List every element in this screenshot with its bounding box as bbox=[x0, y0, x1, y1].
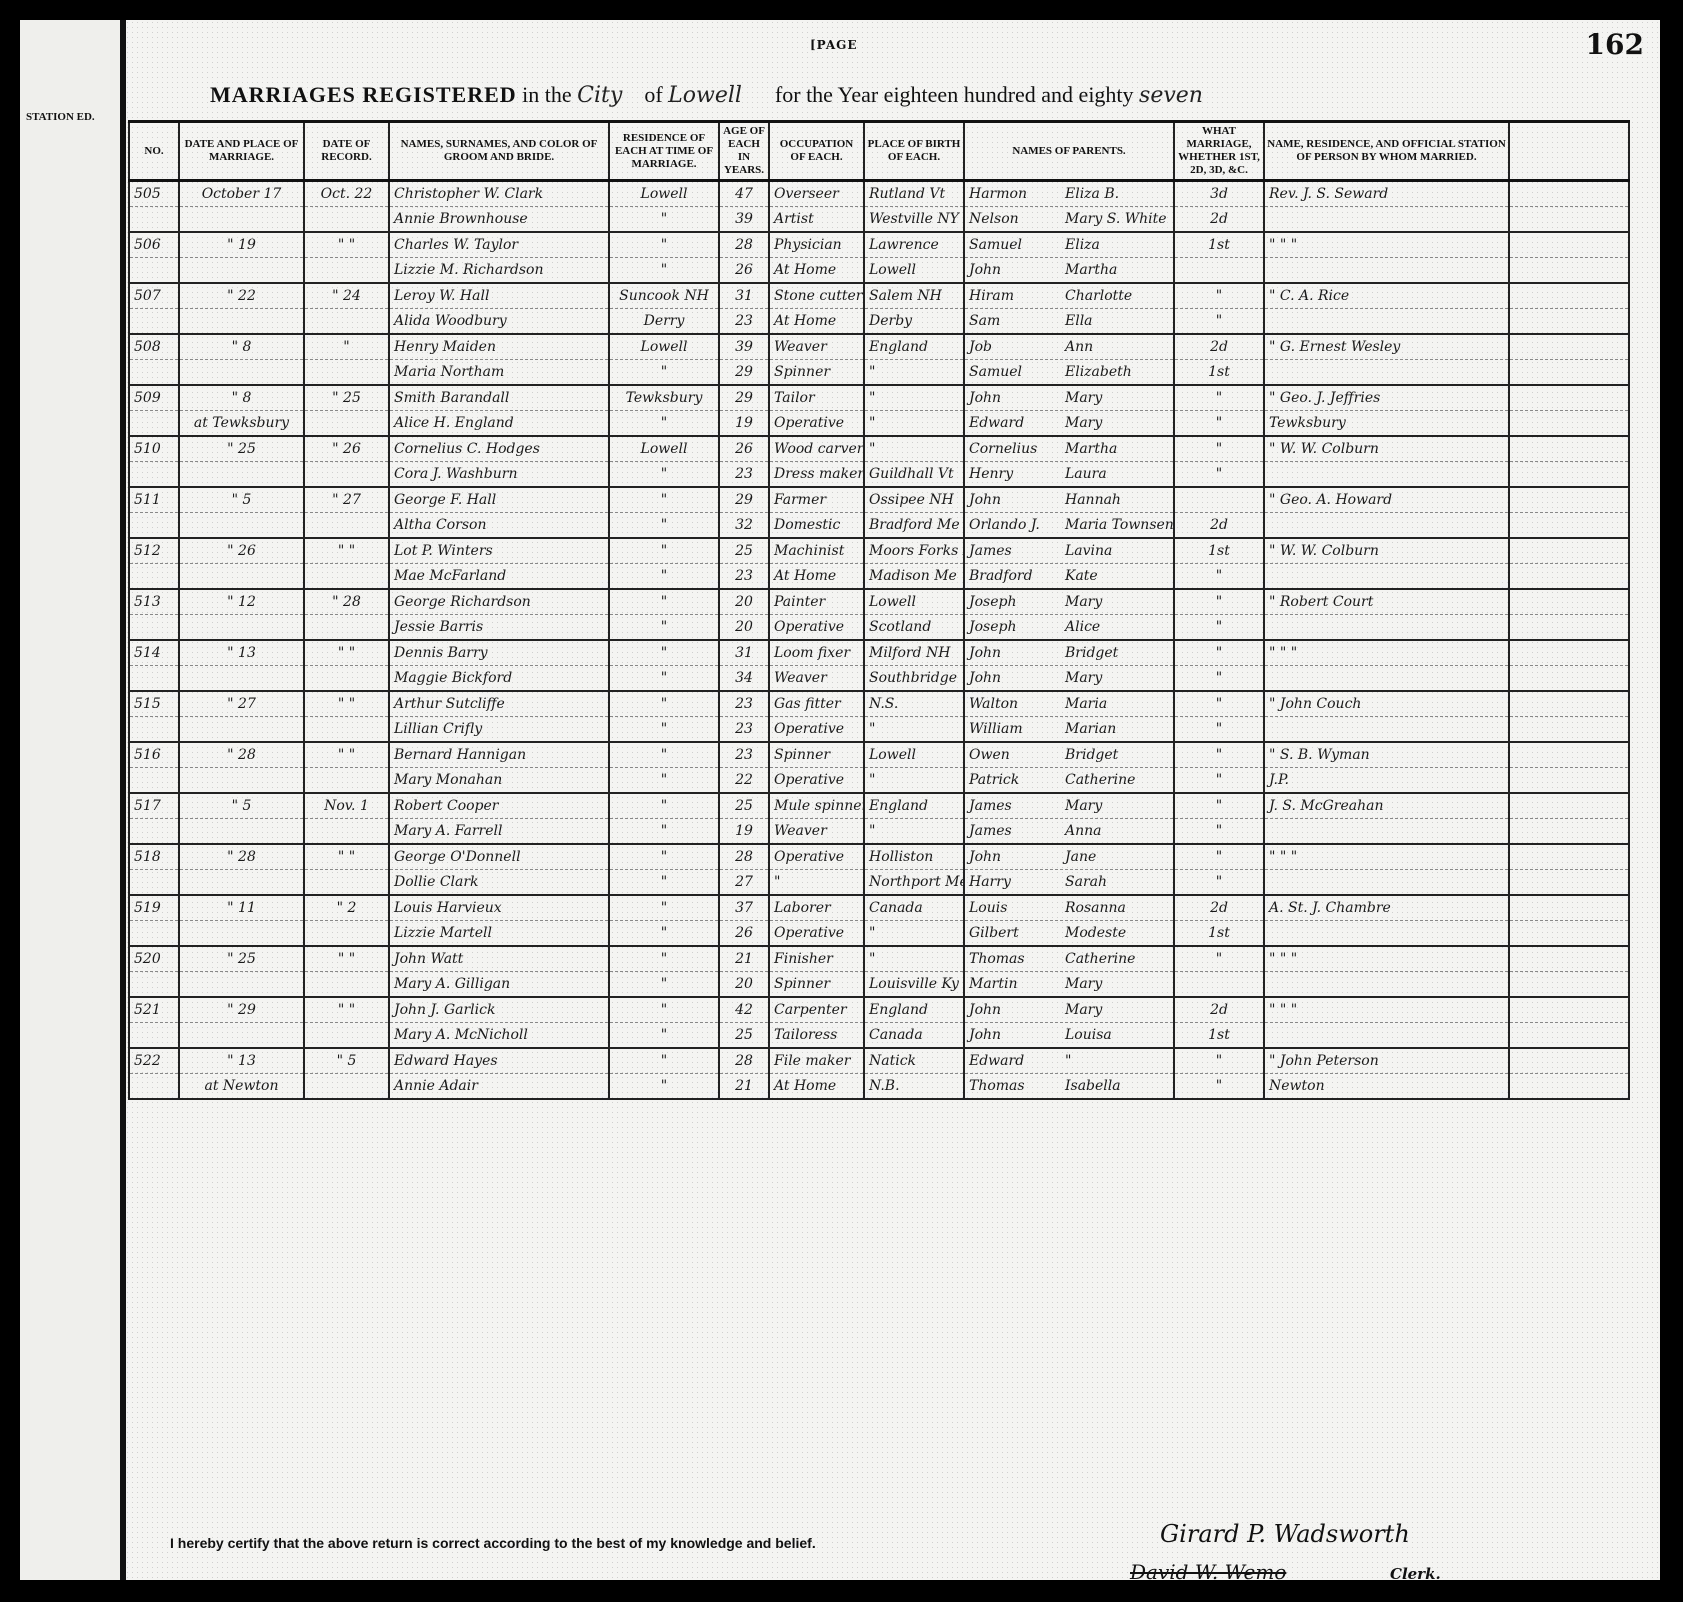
groom-father: John bbox=[969, 645, 1065, 661]
bride-parents: MartinMary bbox=[964, 972, 1174, 998]
marriage-register-table: No. Date and Place of Marriage. Date of … bbox=[128, 120, 1630, 1100]
title-year-text: for the Year eighteen hundred and eighty bbox=[775, 82, 1134, 107]
bride-marriage: " bbox=[1174, 819, 1264, 845]
groom-age: 28 bbox=[719, 1048, 769, 1074]
date-record-blank bbox=[304, 1074, 389, 1100]
bride-father: Bradford bbox=[969, 568, 1065, 584]
blank-cell bbox=[1509, 640, 1629, 666]
groom-marriage: " bbox=[1174, 844, 1264, 870]
bride-father: John bbox=[969, 262, 1065, 278]
groom-residence: Lowell bbox=[609, 436, 719, 462]
groom-mother: Rosanna bbox=[1065, 900, 1161, 916]
bride-birthplace: Lowell bbox=[864, 258, 964, 284]
groom-father: James bbox=[969, 543, 1065, 559]
entry-number: 514 bbox=[129, 640, 179, 666]
entry-number: 520 bbox=[129, 946, 179, 972]
bride-mother: Alice bbox=[1065, 619, 1161, 635]
groom-mother: Bridget bbox=[1065, 645, 1161, 661]
table-row: Annie Brownhouse"39ArtistWestville NYNel… bbox=[129, 207, 1629, 233]
groom-marriage bbox=[1174, 487, 1264, 513]
entry-number: 513 bbox=[129, 589, 179, 615]
table-row: 521" 29" "John J. Garlick"42CarpenterEng… bbox=[129, 997, 1629, 1023]
groom-mother: Lavina bbox=[1065, 543, 1161, 559]
groom-parents: JamesMary bbox=[964, 793, 1174, 819]
groom-marriage: " bbox=[1174, 283, 1264, 309]
year-suffix: seven bbox=[1139, 83, 1203, 108]
bride-age: 23 bbox=[719, 717, 769, 743]
bride-birthplace: Southbridge bbox=[864, 666, 964, 692]
blank-cell bbox=[1509, 181, 1629, 207]
blank-cell bbox=[1509, 538, 1629, 564]
col-header-blank bbox=[1509, 122, 1629, 181]
bride-residence: " bbox=[609, 870, 719, 896]
bride-residence: " bbox=[609, 921, 719, 947]
bride-name: Mary A. Farrell bbox=[389, 819, 609, 845]
groom-parents: JohnJane bbox=[964, 844, 1174, 870]
groom-age: 25 bbox=[719, 793, 769, 819]
groom-birthplace: England bbox=[864, 793, 964, 819]
officiant: " W. W. Colburn bbox=[1264, 538, 1509, 564]
date-place bbox=[179, 564, 304, 590]
groom-birthplace: " bbox=[864, 436, 964, 462]
date-place bbox=[179, 666, 304, 692]
groom-occupation: Machinist bbox=[769, 538, 864, 564]
bride-marriage: " bbox=[1174, 615, 1264, 641]
bride-parents: JohnLouisa bbox=[964, 1023, 1174, 1049]
date-record-blank bbox=[304, 768, 389, 794]
table-row: 522" 13" 5Edward Hayes"28File makerNatic… bbox=[129, 1048, 1629, 1074]
entry-number-blank bbox=[129, 360, 179, 386]
groom-birthplace: Ossipee NH bbox=[864, 487, 964, 513]
table-row: 506" 19" "Charles W. Taylor"28PhysicianL… bbox=[129, 232, 1629, 258]
bride-name: Cora J. Washburn bbox=[389, 462, 609, 488]
groom-father: Walton bbox=[969, 696, 1065, 712]
groom-marriage: " bbox=[1174, 436, 1264, 462]
bride-residence: " bbox=[609, 462, 719, 488]
date-place bbox=[179, 870, 304, 896]
bride-occupation: Domestic bbox=[769, 513, 864, 539]
blank-cell bbox=[1509, 1023, 1629, 1049]
bride-marriage: " bbox=[1174, 462, 1264, 488]
col-header-officiant: Name, Residence, and Official Station of… bbox=[1264, 122, 1509, 181]
date-married: " 12 bbox=[179, 589, 304, 615]
col-header-birthplace: Place of Birth of each. bbox=[864, 122, 964, 181]
bride-father: John bbox=[969, 1027, 1065, 1043]
col-header-occupation: Occupation of each. bbox=[769, 122, 864, 181]
date-record-blank bbox=[304, 819, 389, 845]
date-record: " 25 bbox=[304, 385, 389, 411]
bride-mother: Martha bbox=[1065, 262, 1161, 278]
date-record-blank bbox=[304, 666, 389, 692]
groom-father: John bbox=[969, 390, 1065, 406]
groom-age: 21 bbox=[719, 946, 769, 972]
table-row: Cora J. Washburn"23Dress makerGuildhall … bbox=[129, 462, 1629, 488]
bride-birthplace: Canada bbox=[864, 1023, 964, 1049]
entry-number-blank bbox=[129, 207, 179, 233]
date-place: at Newton bbox=[179, 1074, 304, 1100]
date-record-blank bbox=[304, 258, 389, 284]
bride-parents: JohnMartha bbox=[964, 258, 1174, 284]
bride-marriage: 2d bbox=[1174, 207, 1264, 233]
groom-birthplace: N.S. bbox=[864, 691, 964, 717]
groom-birthplace: Natick bbox=[864, 1048, 964, 1074]
groom-father: Hiram bbox=[969, 288, 1065, 304]
officiant: " " " bbox=[1264, 232, 1509, 258]
blank-cell bbox=[1509, 742, 1629, 768]
clerk-signature: Girard P. Wadsworth bbox=[1160, 1520, 1410, 1548]
bride-residence: " bbox=[609, 1023, 719, 1049]
bride-residence: " bbox=[609, 513, 719, 539]
bride-parents: Orlando J.Maria Townsend bbox=[964, 513, 1174, 539]
bride-father: John bbox=[969, 670, 1065, 686]
table-row: at TewksburyAlice H. England"19Operative… bbox=[129, 411, 1629, 437]
entry-number: 507 bbox=[129, 283, 179, 309]
struck-signature: David W. Wemo bbox=[1130, 1560, 1286, 1584]
officiant: " C. A. Rice bbox=[1264, 283, 1509, 309]
date-married: " 11 bbox=[179, 895, 304, 921]
groom-age: 42 bbox=[719, 997, 769, 1023]
bride-mother: Mary S. White bbox=[1065, 211, 1161, 227]
officiant-line2 bbox=[1264, 921, 1509, 947]
date-married: " 29 bbox=[179, 997, 304, 1023]
officiant: A. St. J. Chambre bbox=[1264, 895, 1509, 921]
previous-page-strip: STATION ED. bbox=[20, 20, 126, 1580]
date-record: " " bbox=[304, 946, 389, 972]
groom-residence: " bbox=[609, 742, 719, 768]
groom-marriage: 3d bbox=[1174, 181, 1264, 207]
bride-occupation: Spinner bbox=[769, 972, 864, 998]
groom-marriage: 2d bbox=[1174, 334, 1264, 360]
groom-residence: Lowell bbox=[609, 181, 719, 207]
groom-birthplace: Lowell bbox=[864, 742, 964, 768]
table-row: 510" 25" 26Cornelius C. HodgesLowell26Wo… bbox=[129, 436, 1629, 462]
groom-birthplace: Moors Forks NY bbox=[864, 538, 964, 564]
bride-occupation: At Home bbox=[769, 564, 864, 590]
entry-number: 509 bbox=[129, 385, 179, 411]
bride-birthplace: " bbox=[864, 360, 964, 386]
bride-marriage: " bbox=[1174, 870, 1264, 896]
bride-residence: " bbox=[609, 258, 719, 284]
blank-cell bbox=[1509, 972, 1629, 998]
groom-occupation: Mule spinner bbox=[769, 793, 864, 819]
bride-residence: " bbox=[609, 411, 719, 437]
groom-birthplace: Lowell bbox=[864, 589, 964, 615]
date-married: " 26 bbox=[179, 538, 304, 564]
bride-mother: Anna bbox=[1065, 823, 1161, 839]
bride-age: 29 bbox=[719, 360, 769, 386]
bride-father: Orlando J. bbox=[969, 517, 1065, 533]
bride-father: Nelson bbox=[969, 211, 1065, 227]
bride-parents: JohnMary bbox=[964, 666, 1174, 692]
date-place bbox=[179, 615, 304, 641]
entry-number-blank bbox=[129, 564, 179, 590]
blank-cell bbox=[1509, 921, 1629, 947]
bride-mother: Kate bbox=[1065, 568, 1161, 584]
bride-birthplace: " bbox=[864, 921, 964, 947]
date-record: " " bbox=[304, 997, 389, 1023]
groom-father: Harmon bbox=[969, 186, 1065, 202]
bride-parents: BradfordKate bbox=[964, 564, 1174, 590]
bride-name: Altha Corson bbox=[389, 513, 609, 539]
bride-name: Mary A. Gilligan bbox=[389, 972, 609, 998]
bride-name: Dollie Clark bbox=[389, 870, 609, 896]
bride-mother: Mary bbox=[1065, 670, 1161, 686]
bride-marriage: " bbox=[1174, 564, 1264, 590]
groom-residence: " bbox=[609, 844, 719, 870]
blank-cell bbox=[1509, 283, 1629, 309]
bride-residence: " bbox=[609, 717, 719, 743]
groom-name: Edward Hayes bbox=[389, 1048, 609, 1074]
groom-birthplace: Canada bbox=[864, 895, 964, 921]
groom-name: Henry Maiden bbox=[389, 334, 609, 360]
officiant: " S. B. Wyman bbox=[1264, 742, 1509, 768]
date-record-blank bbox=[304, 462, 389, 488]
entry-number: 516 bbox=[129, 742, 179, 768]
date-record-blank bbox=[304, 717, 389, 743]
bride-name: Lillian Crifly bbox=[389, 717, 609, 743]
groom-occupation: Carpenter bbox=[769, 997, 864, 1023]
date-record-blank bbox=[304, 615, 389, 641]
groom-father: Thomas bbox=[969, 951, 1065, 967]
entry-number: 517 bbox=[129, 793, 179, 819]
bride-residence: " bbox=[609, 360, 719, 386]
bride-father: Martin bbox=[969, 976, 1065, 992]
bride-age: 19 bbox=[719, 411, 769, 437]
table-row: Mae McFarland"23At HomeMadison MeBradfor… bbox=[129, 564, 1629, 590]
bride-age: 22 bbox=[719, 768, 769, 794]
entry-number-blank bbox=[129, 309, 179, 335]
bride-birthplace: " bbox=[864, 717, 964, 743]
table-row: Jessie Barris"20OperativeScotlandJosephA… bbox=[129, 615, 1629, 641]
groom-residence: " bbox=[609, 895, 719, 921]
bride-age: 23 bbox=[719, 564, 769, 590]
bride-mother: Maria Townsend bbox=[1065, 517, 1161, 533]
groom-occupation: Wood carver bbox=[769, 436, 864, 462]
blank-cell bbox=[1509, 436, 1629, 462]
date-record-blank bbox=[304, 411, 389, 437]
groom-mother: Maria bbox=[1065, 696, 1161, 712]
table-row: Maria Northam"29Spinner"SamuelElizabeth1… bbox=[129, 360, 1629, 386]
bride-parents: NelsonMary S. White bbox=[964, 207, 1174, 233]
date-record-blank bbox=[304, 360, 389, 386]
date-married: " 22 bbox=[179, 283, 304, 309]
bride-marriage: 1st bbox=[1174, 360, 1264, 386]
groom-name: Leroy W. Hall bbox=[389, 283, 609, 309]
date-place bbox=[179, 972, 304, 998]
groom-age: 47 bbox=[719, 181, 769, 207]
table-row: Lillian Crifly"23Operative"WilliamMarian… bbox=[129, 717, 1629, 743]
bride-mother: Marian bbox=[1065, 721, 1161, 737]
bride-mother: Catherine bbox=[1065, 772, 1161, 788]
bride-name: Annie Brownhouse bbox=[389, 207, 609, 233]
bride-birthplace: " bbox=[864, 411, 964, 437]
col-header-date-record: Date of Record. bbox=[304, 122, 389, 181]
bride-age: 26 bbox=[719, 258, 769, 284]
blank-cell bbox=[1509, 589, 1629, 615]
col-header-names: Names, Surnames, and Color of Groom and … bbox=[389, 122, 609, 181]
officiant-line2 bbox=[1264, 1023, 1509, 1049]
groom-occupation: Laborer bbox=[769, 895, 864, 921]
bride-parents: PatrickCatherine bbox=[964, 768, 1174, 794]
bride-birthplace: Louisville Ky bbox=[864, 972, 964, 998]
bride-name: Annie Adair bbox=[389, 1074, 609, 1100]
bride-parents: WilliamMarian bbox=[964, 717, 1174, 743]
bride-father: Samuel bbox=[969, 364, 1065, 380]
bride-birthplace: Guildhall Vt bbox=[864, 462, 964, 488]
date-married: " 27 bbox=[179, 691, 304, 717]
blank-cell bbox=[1509, 895, 1629, 921]
groom-parents: JohnBridget bbox=[964, 640, 1174, 666]
bride-mother: Louisa bbox=[1065, 1027, 1161, 1043]
bride-occupation: Operative bbox=[769, 615, 864, 641]
table-row: 518" 28" "George O'Donnell"28OperativeHo… bbox=[129, 844, 1629, 870]
groom-birthplace: Rutland Vt bbox=[864, 181, 964, 207]
officiant: " John Peterson bbox=[1264, 1048, 1509, 1074]
date-married: " 13 bbox=[179, 1048, 304, 1074]
groom-father: Samuel bbox=[969, 237, 1065, 253]
table-row: Maggie Bickford"34WeaverSouthbridgeJohnM… bbox=[129, 666, 1629, 692]
blank-cell bbox=[1509, 232, 1629, 258]
groom-age: 31 bbox=[719, 283, 769, 309]
groom-name: Arthur Sutcliffe bbox=[389, 691, 609, 717]
table-row: Mary Monahan"22Operative"PatrickCatherin… bbox=[129, 768, 1629, 794]
blank-cell bbox=[1509, 1074, 1629, 1100]
blank-cell bbox=[1509, 1048, 1629, 1074]
date-married: " 8 bbox=[179, 385, 304, 411]
entry-number: 521 bbox=[129, 997, 179, 1023]
groom-parents: JohnMary bbox=[964, 385, 1174, 411]
entry-number: 518 bbox=[129, 844, 179, 870]
table-row: Dollie Clark"27"Northport MeHarrySarah" bbox=[129, 870, 1629, 896]
date-record: Nov. 1 bbox=[304, 793, 389, 819]
groom-parents: JamesLavina bbox=[964, 538, 1174, 564]
date-record-blank bbox=[304, 564, 389, 590]
bride-occupation: At Home bbox=[769, 258, 864, 284]
date-record-blank bbox=[304, 513, 389, 539]
groom-marriage: " bbox=[1174, 589, 1264, 615]
date-record-blank bbox=[304, 972, 389, 998]
entry-number: 508 bbox=[129, 334, 179, 360]
date-record-blank bbox=[304, 1023, 389, 1049]
entry-number-blank bbox=[129, 615, 179, 641]
bride-birthplace: N.B. bbox=[864, 1074, 964, 1100]
bride-residence: " bbox=[609, 819, 719, 845]
table-row: Alida WoodburyDerry23At HomeDerbySamElla… bbox=[129, 309, 1629, 335]
date-married: " 19 bbox=[179, 232, 304, 258]
groom-parents: Edward" bbox=[964, 1048, 1174, 1074]
groom-residence: " bbox=[609, 1048, 719, 1074]
prev-page-header: STATION ED. bbox=[26, 110, 95, 124]
bride-mother: Mary bbox=[1065, 976, 1161, 992]
bride-parents: JamesAnna bbox=[964, 819, 1174, 845]
date-place bbox=[179, 717, 304, 743]
groom-occupation: File maker bbox=[769, 1048, 864, 1074]
blank-cell bbox=[1509, 309, 1629, 335]
date-married: " 8 bbox=[179, 334, 304, 360]
groom-mother: Catherine bbox=[1065, 951, 1161, 967]
table-row: at NewtonAnnie Adair"21At HomeN.B.Thomas… bbox=[129, 1074, 1629, 1100]
groom-parents: HarmonEliza B. bbox=[964, 181, 1174, 207]
groom-father: Edward bbox=[969, 1053, 1065, 1069]
bride-occupation: At Home bbox=[769, 1074, 864, 1100]
groom-parents: JosephMary bbox=[964, 589, 1174, 615]
groom-birthplace: Milford NH bbox=[864, 640, 964, 666]
groom-mother: Hannah bbox=[1065, 492, 1161, 508]
entry-number-blank bbox=[129, 870, 179, 896]
bride-father: Henry bbox=[969, 466, 1065, 482]
date-record: " " bbox=[304, 232, 389, 258]
bride-marriage: " bbox=[1174, 768, 1264, 794]
groom-residence: " bbox=[609, 997, 719, 1023]
blank-cell bbox=[1509, 717, 1629, 743]
groom-father: John bbox=[969, 849, 1065, 865]
bride-age: 34 bbox=[719, 666, 769, 692]
bride-residence: " bbox=[609, 207, 719, 233]
bride-occupation: Operative bbox=[769, 411, 864, 437]
groom-father: Job bbox=[969, 339, 1065, 355]
blank-cell bbox=[1509, 385, 1629, 411]
officiant-line2 bbox=[1264, 207, 1509, 233]
bride-age: 39 bbox=[719, 207, 769, 233]
table-row: 520" 25" "John Watt"21Finisher"ThomasCat… bbox=[129, 946, 1629, 972]
officiant-line2 bbox=[1264, 360, 1509, 386]
groom-marriage: " bbox=[1174, 385, 1264, 411]
groom-mother: Mary bbox=[1065, 798, 1161, 814]
table-row: Lizzie M. Richardson"26At HomeLowellJohn… bbox=[129, 258, 1629, 284]
groom-age: 23 bbox=[719, 691, 769, 717]
groom-name: Robert Cooper bbox=[389, 793, 609, 819]
blank-cell bbox=[1509, 487, 1629, 513]
bride-mother: Ella bbox=[1065, 313, 1161, 329]
entries-body: 505October 17Oct. 22Christopher W. Clark… bbox=[129, 181, 1629, 1100]
bride-name: Jessie Barris bbox=[389, 615, 609, 641]
bride-marriage: " bbox=[1174, 717, 1264, 743]
groom-mother: Mary bbox=[1065, 594, 1161, 610]
entry-number-blank bbox=[129, 462, 179, 488]
blank-cell bbox=[1509, 819, 1629, 845]
table-row: 515" 27" "Arthur Sutcliffe"23Gas fitterN… bbox=[129, 691, 1629, 717]
groom-residence: " bbox=[609, 946, 719, 972]
date-married: " 25 bbox=[179, 436, 304, 462]
groom-residence: " bbox=[609, 793, 719, 819]
groom-residence: " bbox=[609, 538, 719, 564]
table-row: 514" 13" "Dennis Barry"31Loom fixerMilfo… bbox=[129, 640, 1629, 666]
table-row: 513" 12" 28George Richardson"20PainterLo… bbox=[129, 589, 1629, 615]
bride-parents: SamElla bbox=[964, 309, 1174, 335]
date-record: " bbox=[304, 334, 389, 360]
groom-parents: JohnMary bbox=[964, 997, 1174, 1023]
bride-marriage: " bbox=[1174, 309, 1264, 335]
entry-number-blank bbox=[129, 921, 179, 947]
groom-marriage: 1st bbox=[1174, 538, 1264, 564]
groom-parents: JobAnn bbox=[964, 334, 1174, 360]
blank-cell bbox=[1509, 615, 1629, 641]
date-place bbox=[179, 258, 304, 284]
bride-birthplace: Derby bbox=[864, 309, 964, 335]
groom-residence: Suncook NH bbox=[609, 283, 719, 309]
title-in-the: in the bbox=[522, 82, 572, 107]
groom-name: Lot P. Winters bbox=[389, 538, 609, 564]
table-row: Mary A. Gilligan"20SpinnerLouisville KyM… bbox=[129, 972, 1629, 998]
date-record: " 24 bbox=[304, 283, 389, 309]
groom-father: Joseph bbox=[969, 594, 1065, 610]
bride-birthplace: Northport Me bbox=[864, 870, 964, 896]
bride-name: Mary Monahan bbox=[389, 768, 609, 794]
groom-birthplace: Salem NH bbox=[864, 283, 964, 309]
blank-cell bbox=[1509, 360, 1629, 386]
bride-mother: Laura bbox=[1065, 466, 1161, 482]
groom-father: Louis bbox=[969, 900, 1065, 916]
